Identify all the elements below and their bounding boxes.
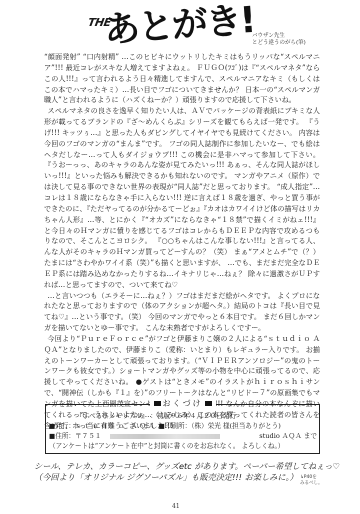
paragraph-2: スペルマネタの良さを逸早く知りたい人は、ＡＶでパッケージの背表紙にブキミな人形が… xyxy=(44,106,320,290)
afterword-body: “顔面発射” “口内射精” …このヒビキにウットリしたキミはもうリッパな“スペル… xyxy=(44,52,320,432)
redacted-address xyxy=(110,434,220,439)
colophon-book-row: 『すぺるまメモリアル』 ：初版９６年４月２０日発行 xyxy=(76,411,236,421)
printer-label: ■印刷所： xyxy=(159,422,192,430)
colophon-note: （アンケートは“アンケート在中”と封筒に書くのをお忘れなく。 よろしくね。） xyxy=(49,441,284,451)
page-title: あとがき! xyxy=(103,1,256,51)
colophon-title-text: おくづけ xyxy=(163,399,203,408)
paragraph-3: …と言いつつも（エラそーに…ねぇ？）フゴはまだまだ絵がヘタです。 よくプロになれ… xyxy=(44,291,320,334)
edition-date: ：初版９６年４月２０日発行 xyxy=(150,412,236,420)
afterword-header: THE あとがき! バウザン先生 とどう違うのがら(筆) xyxy=(0,0,360,52)
colophon-publisher-row: ■発行：ｓｔｕｄｉｏ ＡＱＡ ■印刷所：（株）栄光 様(担当ありがとう) xyxy=(49,421,281,431)
publisher-label: ■発行： xyxy=(49,422,75,430)
author-byline: バウザン先生 とどう違うのがら(筆) xyxy=(252,33,306,47)
side-note-line-2: みるべし。 xyxy=(300,481,323,487)
colophon-address-row: ■住所：〒７５１ studio ＡＱＡ まで xyxy=(49,431,317,441)
paragraph-1: “顔面発射” “口内射精” …このヒビキにウットリしたキミはもうリッパな“スペル… xyxy=(44,52,320,106)
printer-name: （株）栄光 様(担当ありがとう) xyxy=(191,422,281,430)
square-bullet-icon xyxy=(154,401,161,406)
address-destination: studio ＡＱＡ まで xyxy=(259,431,317,441)
square-bullet-icon xyxy=(205,401,212,406)
side-note: ↳P40を みるべし。 xyxy=(300,475,323,486)
colophon-box: おくづけ 『すぺるまメモリアル』 ：初版９６年４月２０日発行 ■発行：ｓｔｕｄｉ… xyxy=(45,404,320,454)
address-label: ■住所：〒７５１ xyxy=(49,432,101,440)
handwritten-line-1: シール、テレカ、カラーコピー、グッズetc があります。ペーパー希望してねぇっ♡ xyxy=(34,461,354,472)
book-title: 『すぺるまメモリアル』 xyxy=(76,412,148,420)
byline-line-2: とどう違うのがら(筆) xyxy=(252,40,306,47)
publisher-name: ｓｔｕｄｉｏ ＡＱＡ xyxy=(75,422,156,430)
byline-line-1: バウザン先生 xyxy=(252,33,306,40)
colophon-title: おくづけ xyxy=(46,399,319,409)
page-number: 41 xyxy=(172,503,180,510)
